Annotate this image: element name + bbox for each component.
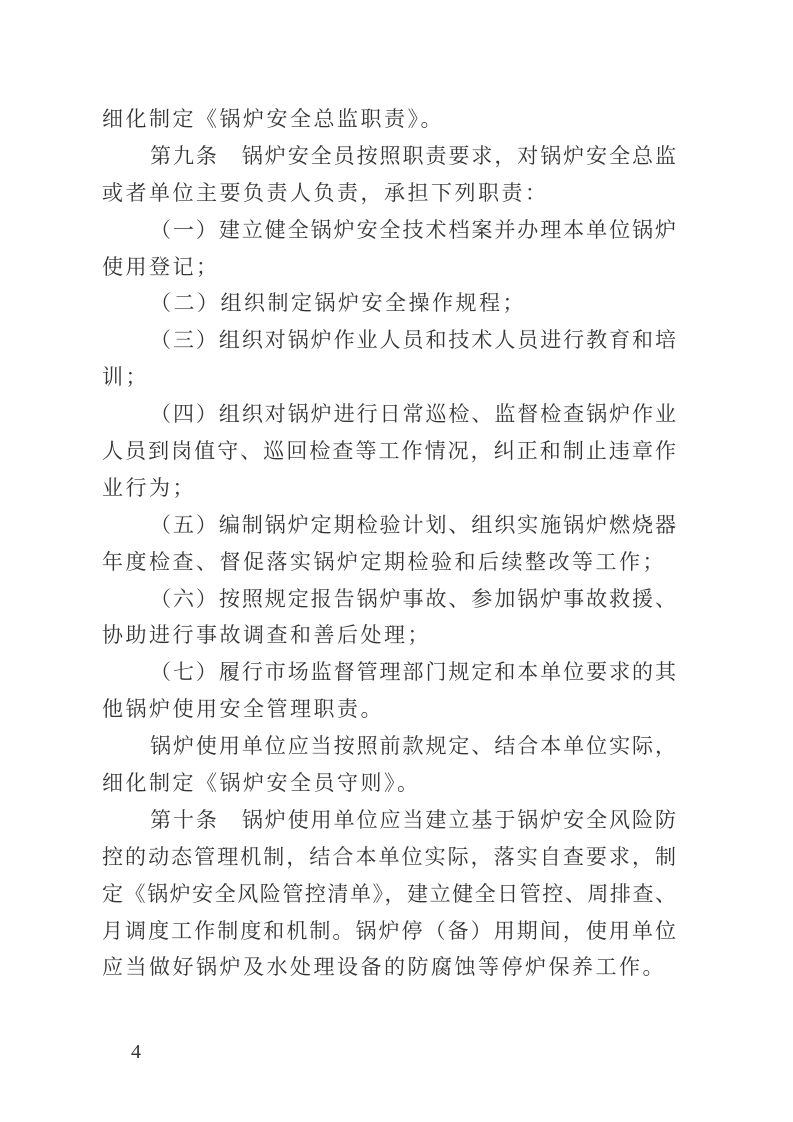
document-body-text: 细化制定《锅炉安全总监职责》。 第九条 锅炉安全员按照职责要求，对锅炉安全总监 … xyxy=(102,101,677,986)
document-page: 细化制定《锅炉安全总监职责》。 第九条 锅炉安全员按照职责要求，对锅炉安全总监 … xyxy=(0,0,793,1122)
text-line-article-9: 第九条 锅炉安全员按照职责要求，对锅炉安全总监 xyxy=(102,138,677,175)
text-line: 月调度工作制度和机制。锅炉停（备）用期间，使用单位 xyxy=(102,913,677,950)
text-line: 定《锅炉安全风险管控清单》，建立健全日管控、周排查、 xyxy=(102,876,677,913)
text-line-item-4: （四）组织对锅炉进行日常巡检、监督检查锅炉作业 xyxy=(102,396,677,433)
text-line: 年度检查、督促落实锅炉定期检验和后续整改等工作； xyxy=(102,544,677,581)
text-line: 他锅炉使用安全管理职责。 xyxy=(102,691,677,728)
text-line: 人员到岗值守、巡回检查等工作情况，纠正和制止违章作 xyxy=(102,433,677,470)
text-line: 使用登记； xyxy=(102,249,677,286)
text-line: 业行为； xyxy=(102,470,677,507)
text-line-item-1: （一）建立健全锅炉安全技术档案并办理本单位锅炉 xyxy=(102,212,677,249)
text-line: 训； xyxy=(102,359,677,396)
text-line-item-6: （六）按照规定报告锅炉事故、参加锅炉事故救援、 xyxy=(102,581,677,618)
text-line: 细化制定《锅炉安全总监职责》。 xyxy=(102,101,677,138)
text-line: 或者单位主要负责人负责，承担下列职责： xyxy=(102,175,677,212)
text-line-item-7: （七）履行市场监督管理部门规定和本单位要求的其 xyxy=(102,654,677,691)
text-line: 控的动态管理机制，结合本单位实际，落实自查要求，制 xyxy=(102,839,677,876)
text-line: 应当做好锅炉及水处理设备的防腐蚀等停炉保养工作。 xyxy=(102,949,677,986)
text-line: 协助进行事故调查和善后处理； xyxy=(102,617,677,654)
text-line-item-2: （二）组织制定锅炉安全操作规程； xyxy=(102,285,677,322)
page-number: 4 xyxy=(131,1038,141,1066)
text-line-article-10: 第十条 锅炉使用单位应当建立基于锅炉安全风险防 xyxy=(102,802,677,839)
text-line-item-3: （三）组织对锅炉作业人员和技术人员进行教育和培 xyxy=(102,322,677,359)
text-line-item-5: （五）编制锅炉定期检验计划、组织实施锅炉燃烧器 xyxy=(102,507,677,544)
text-line: 锅炉使用单位应当按照前款规定、结合本单位实际， xyxy=(102,728,677,765)
text-line: 细化制定《锅炉安全员守则》。 xyxy=(102,765,677,802)
